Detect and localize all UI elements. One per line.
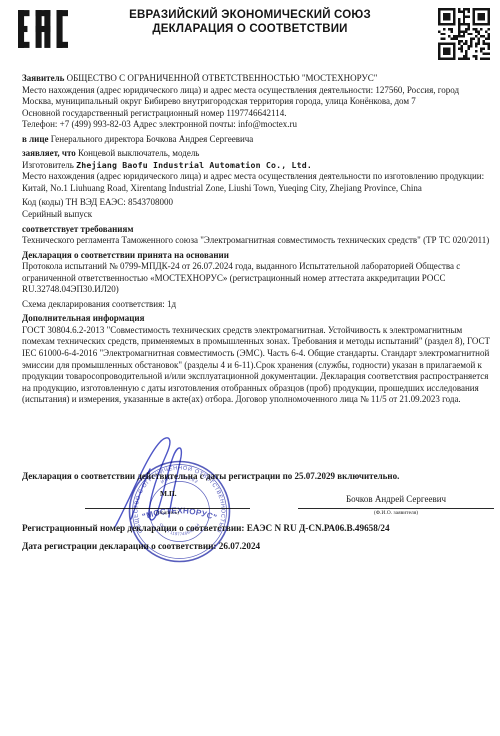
doc-paragraph: в лице Генерального директора Бочкова Ан…: [22, 134, 492, 146]
stamp-ogrn-text: ОГРН 1197746642114: [158, 522, 200, 537]
text-segment: Код (коды) ТН ВЭД ЕАЭС: 8543708000: [22, 197, 173, 207]
document-title: ДЕКЛАРАЦИЯ О СООТВЕТСТВИИ: [80, 23, 420, 37]
stamp-place-label: М.П.: [160, 489, 177, 498]
text-segment: Место нахождения (адрес юридического лиц…: [22, 85, 459, 107]
doc-paragraph: Дополнительная информация: [22, 313, 492, 325]
company-stamp: ОБЩЕСТВО С ОГРАНИЧЕННОЙ ОТВЕТСТВЕННОСТЬЮ…: [126, 458, 233, 565]
text-segment: Генерального директора Бочкова Андрея Се…: [51, 134, 254, 144]
doc-paragraph: заявляет, что Концевой выключатель, моде…: [22, 148, 492, 160]
text-segment: Протокола испытаний № 0799-МПДК-24 от 26…: [22, 261, 460, 294]
declaration-document: ЕВРАЗИЙСКИЙ ЭКОНОМИЧЕСКИЙ СОЮЗ ДЕКЛАРАЦИ…: [0, 0, 500, 736]
doc-paragraph: Декларация о соответствии принята на осн…: [22, 250, 492, 262]
doc-paragraph: Место нахождения (адрес юридического лиц…: [22, 171, 492, 194]
text-segment: Декларация о соответствии принята на осн…: [22, 250, 229, 260]
text-segment: Zhejiang Baofu Industrial Automation Co.…: [76, 160, 312, 170]
text-segment: соответствует требованиям: [22, 224, 133, 234]
registration-number: Регистрационный номер декларации о соотв…: [22, 523, 492, 533]
doc-paragraph: Место нахождения (адрес юридического лиц…: [22, 85, 492, 108]
doc-paragraph: Основной государственный регистрационный…: [22, 108, 492, 120]
doc-paragraph: ГОСТ 30804.6.2-2013 "Совместимость техни…: [22, 325, 492, 406]
registration-date: Дата регистрации декларации о соответств…: [22, 541, 492, 551]
doc-paragraph: Телефон: +7 (499) 993-82-03 Адрес электр…: [22, 119, 492, 131]
doc-paragraph: соответствует требованиям: [22, 224, 492, 236]
doc-paragraph: Схема декларирования соответствия: 1д: [22, 299, 492, 311]
signer-name: Бочков Андрей Сергеевич: [298, 494, 494, 504]
text-segment: заявляет, что: [22, 148, 78, 158]
text-segment: Изготовитель: [22, 160, 76, 170]
doc-paragraph: Изготовитель Zhejiang Baofu Industrial A…: [22, 160, 492, 172]
eac-mark-icon: [18, 10, 68, 48]
stamp-company-name: "МОСТЕХНОРУС": [141, 506, 218, 522]
text-segment: ГОСТ 30804.6.2-2013 "Совместимость техни…: [22, 325, 490, 404]
svg-text:"МОСТЕХНОРУС": "МОСТЕХНОРУС": [141, 506, 218, 522]
document-body: Заявитель ОБЩЕСТВО С ОГРАНИЧЕННОЙ ОТВЕТС…: [22, 73, 492, 406]
signer-name-caption: (Ф.И.О. заявителя): [298, 510, 494, 516]
doc-paragraph: Серийный выпуск: [22, 209, 492, 221]
text-segment: Технического регламента Таможенного союз…: [22, 235, 489, 245]
text-segment: Место нахождения (адрес юридического лиц…: [22, 171, 484, 193]
text-segment: Дополнительная информация: [22, 313, 144, 323]
doc-paragraph: Протокола испытаний № 0799-МПДК-24 от 26…: [22, 261, 492, 296]
doc-paragraph: Код (коды) ТН ВЭД ЕАЭС: 8543708000: [22, 197, 492, 209]
text-segment: Основной государственный регистрационный…: [22, 108, 286, 118]
stamp-inn-text: ИНН 7705282: [160, 474, 199, 484]
svg-text:ИНН 7705282: ИНН 7705282: [160, 474, 199, 484]
doc-paragraph: Технического регламента Таможенного союз…: [22, 235, 492, 247]
svg-text:ОГРН 1197746642114: ОГРН 1197746642114: [158, 522, 200, 537]
text-segment: ОБЩЕСТВО С ОГРАНИЧЕННОЙ ОТВЕТСТВЕННОСТЬЮ…: [67, 73, 378, 83]
text-segment: в лице: [22, 134, 51, 144]
text-segment: Серийный выпуск: [22, 209, 92, 219]
text-segment: Схема декларирования соответствия: 1д: [22, 299, 176, 309]
doc-paragraph: Заявитель ОБЩЕСТВО С ОГРАНИЧЕННОЙ ОТВЕТС…: [22, 73, 492, 85]
qr-code-icon: [438, 8, 490, 60]
document-header: ЕВРАЗИЙСКИЙ ЭКОНОМИЧЕСКИЙ СОЮЗ ДЕКЛАРАЦИ…: [80, 9, 420, 36]
text-segment: Телефон: +7 (499) 993-82-03 Адрес электр…: [22, 119, 297, 129]
text-segment: Заявитель: [22, 73, 67, 83]
text-segment: Концевой выключатель, модель: [78, 148, 199, 158]
validity-statement: Декларация о соответствии действительна …: [22, 471, 492, 483]
signer-name-line: [298, 508, 494, 509]
union-name: ЕВРАЗИЙСКИЙ ЭКОНОМИЧЕСКИЙ СОЮЗ: [80, 9, 420, 23]
